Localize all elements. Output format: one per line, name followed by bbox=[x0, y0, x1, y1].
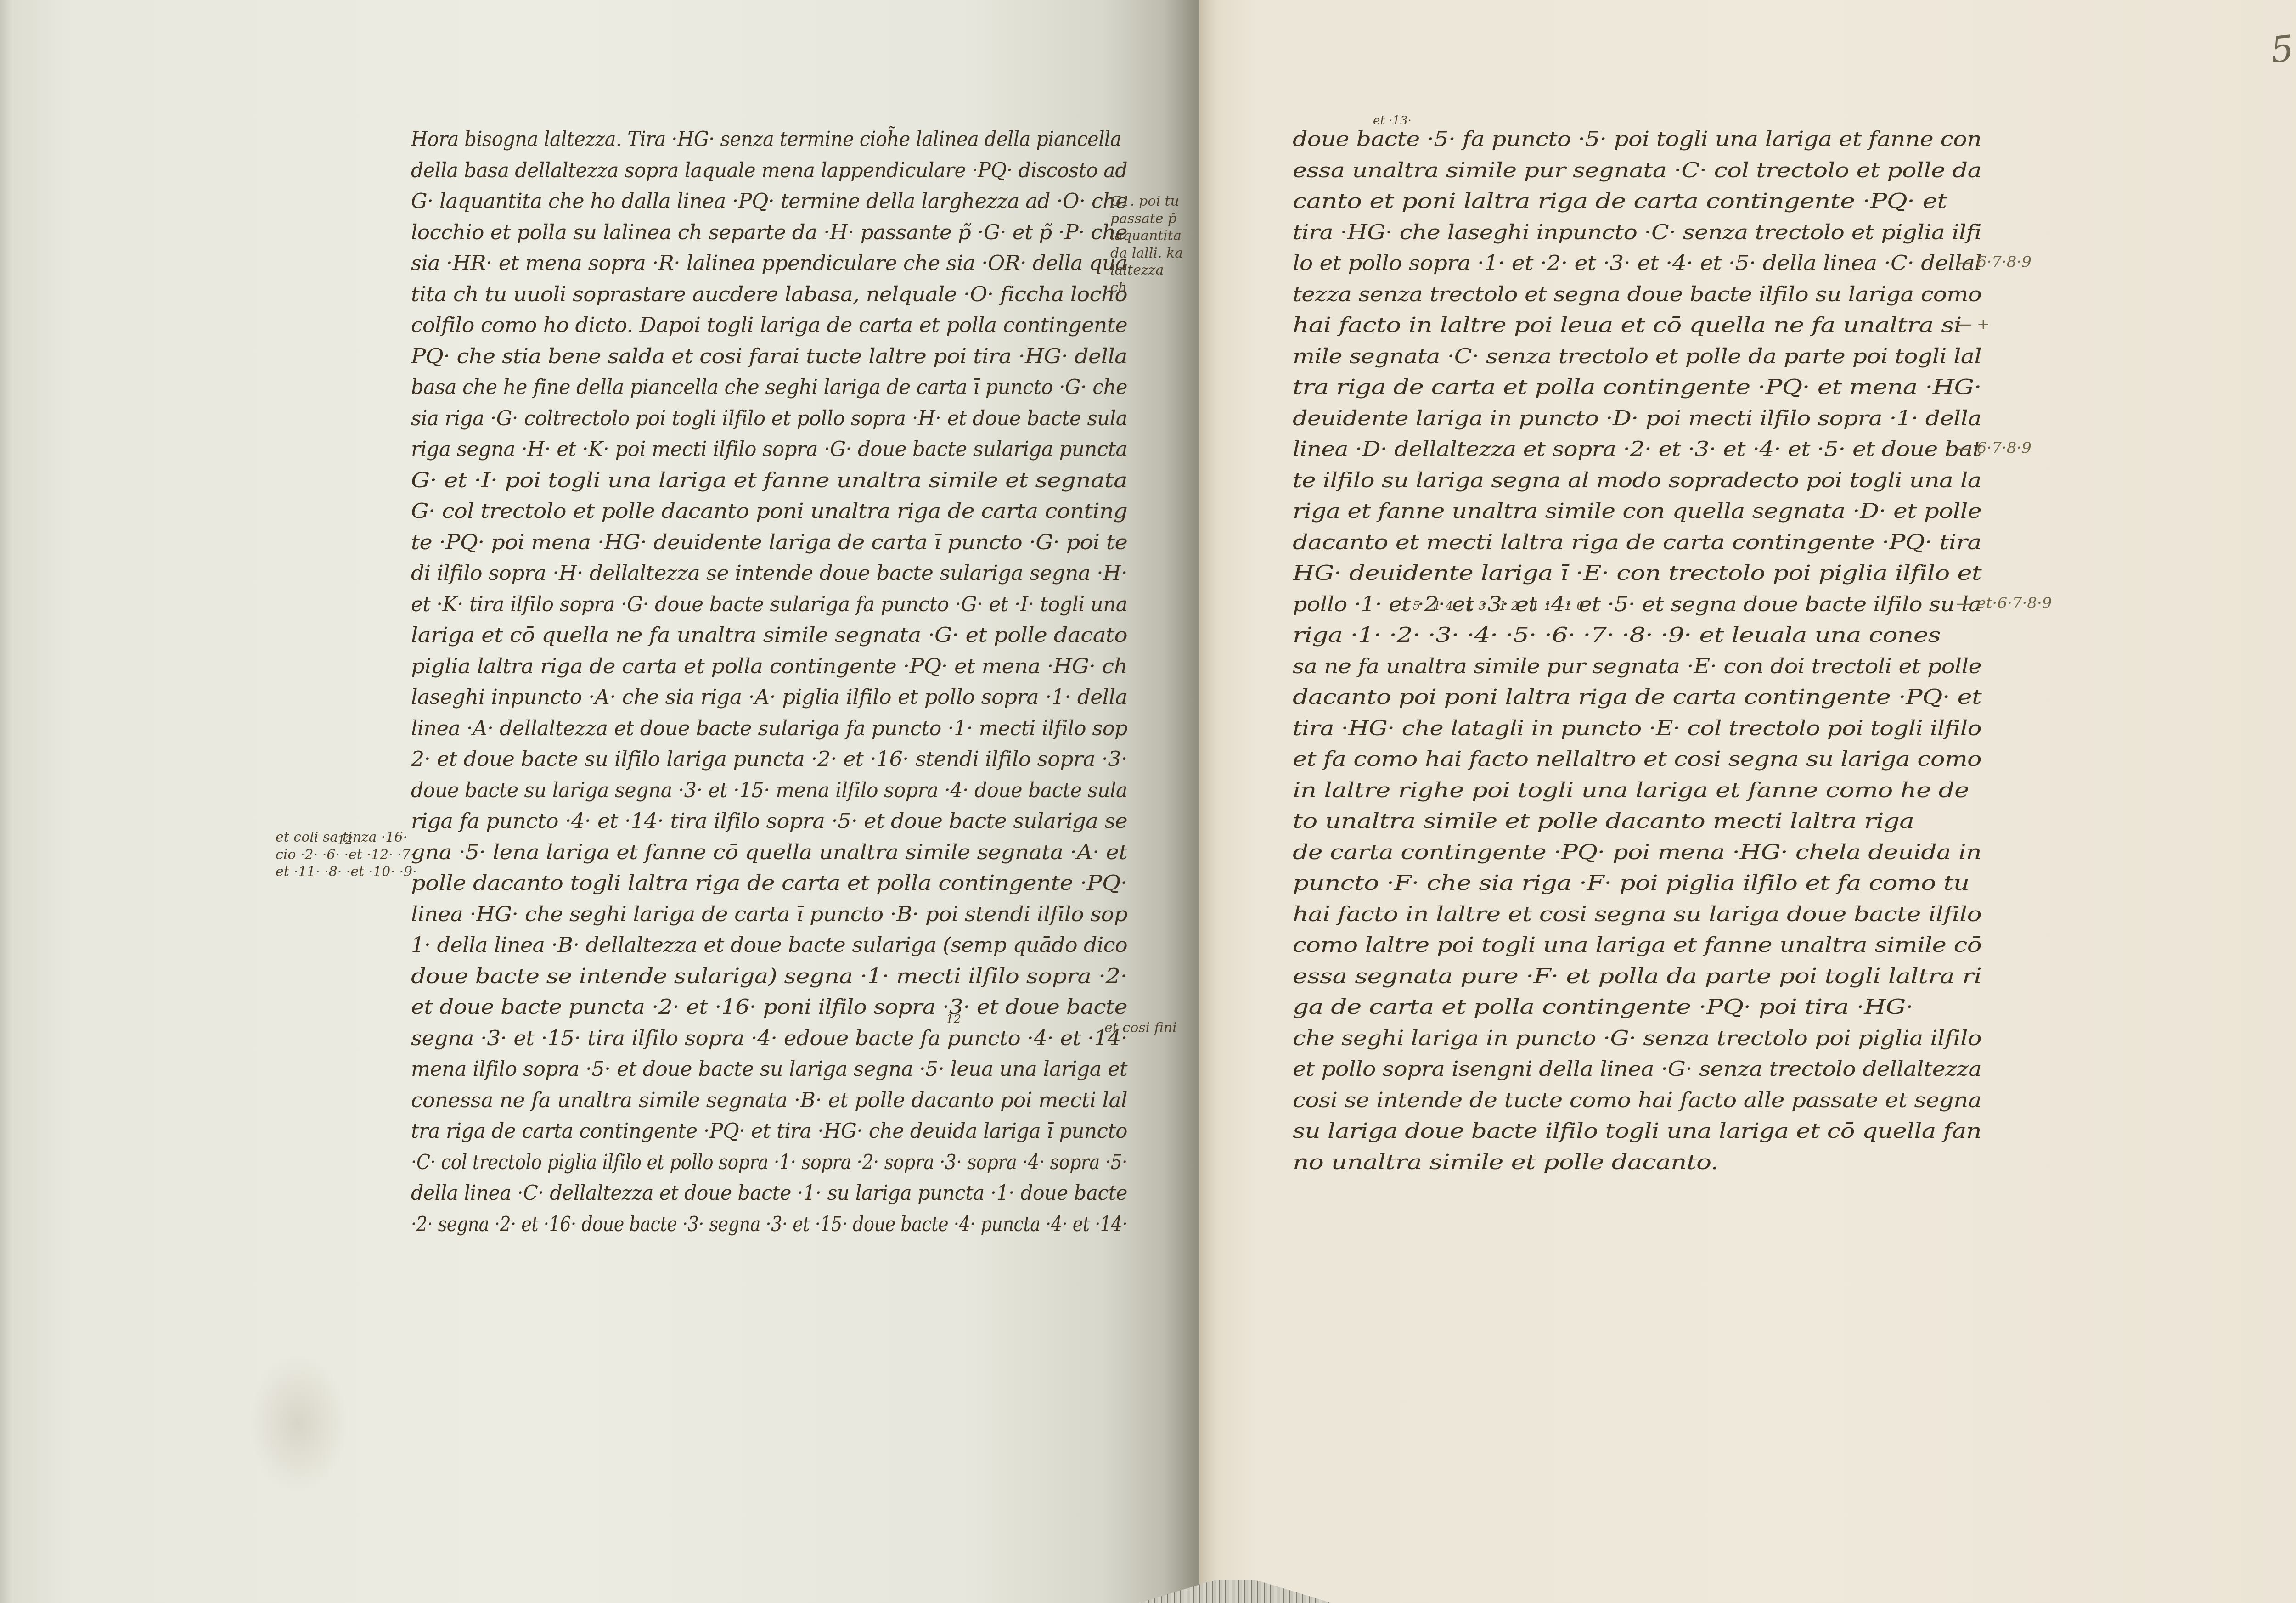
manuscript-line: te ilfilo su lariga segna al modo soprad… bbox=[1293, 465, 1991, 496]
right-marginal-note: — et·6·7·8·9 bbox=[1956, 594, 2052, 613]
manuscript-line: PQ· che stia bene salda et cosi farai tu… bbox=[411, 341, 1137, 372]
manuscript-line: tira ·HG· che latagli in puncto ·E· col … bbox=[1293, 713, 1991, 744]
line-superscript: 12 bbox=[946, 1012, 961, 1026]
manuscript-line: doue bacte se intende sulariga) segna ·1… bbox=[411, 961, 1137, 992]
manuscript-line: ·2· segna ·2· et ·16· doue bacte ·3· seg… bbox=[411, 1209, 1137, 1240]
marginal-note-line: cio ·2· ·6· ·et ·12· ·7· bbox=[276, 846, 427, 864]
manuscript-line: tra riga de carta et polla contingente ·… bbox=[1293, 372, 1991, 403]
manuscript-line: tra riga de carta contingente ·PQ· et ti… bbox=[411, 1116, 1137, 1147]
marginal-note-line: G1. poi tu bbox=[1110, 193, 1202, 210]
manuscript-line: gna ·5· lena lariga et fanne cō quella u… bbox=[411, 837, 1137, 868]
manuscript-line: piglia laltra riga de carta et polla con… bbox=[411, 651, 1137, 682]
marginal-superscript: 12 bbox=[338, 833, 353, 847]
manuscript-line: pollo ·1· et ·2· et ·3· et ·4· et ·5· et… bbox=[1293, 589, 1991, 620]
manuscript-line: sa ne fa unaltra simile pur segnata ·E· … bbox=[1293, 651, 1991, 682]
manuscript-line: te ·PQ· poi mena ·HG· deuidente lariga d… bbox=[411, 527, 1137, 558]
manuscript-line: tira ·HG· che laseghi inpuncto ·C· senza… bbox=[1293, 217, 1991, 248]
manuscript-line: ga de carta et polla contingente ·PQ· po… bbox=[1293, 992, 1991, 1023]
left-text-block: Hora bisogna laltezza. Tira ·HG· senza t… bbox=[411, 124, 1137, 1240]
manuscript-line: dacanto et mecti laltra riga de carta co… bbox=[1293, 527, 1991, 558]
manuscript-line: basa che he fine della piancella che seg… bbox=[411, 372, 1137, 403]
manuscript-line: no unaltra simile et polle dacanto. bbox=[1293, 1147, 1991, 1178]
manuscript-line: mena ilfilo sopra ·5· et doue bacte su l… bbox=[411, 1054, 1137, 1085]
manuscript-line: dacanto poi poni laltra riga de carta co… bbox=[1293, 682, 1991, 713]
paper-stain bbox=[248, 1355, 349, 1492]
manuscript-line: riga fa puncto ·4· et ·14· tira ilfilo s… bbox=[411, 806, 1137, 837]
right-line-superscript: 15 14 13 12 11 10 bbox=[1401, 599, 1589, 613]
manuscript-line: et doue bacte puncta ·2· et ·16· poni il… bbox=[411, 992, 1137, 1023]
manuscript-line: doue bacte su lariga segna ·3· et ·15· m… bbox=[411, 775, 1137, 806]
right-marginal-note: — 6·7·8·9 bbox=[1956, 253, 2032, 272]
manuscript-line: canto et poni laltra riga de carta conti… bbox=[1293, 186, 1991, 217]
manuscript-line: della basa dellaltezza sopra laquale men… bbox=[411, 155, 1137, 186]
gutter-marginal-note-2: et cosi fini bbox=[1104, 1019, 1177, 1037]
manuscript-line: su lariga doue bacte ilfilo togli una la… bbox=[1293, 1116, 1991, 1147]
manuscript-line: riga ·1· ·2· ·3· ·4· ·5· ·6· ·7· ·8· ·9·… bbox=[1293, 620, 1991, 651]
manuscript-line: essa unaltra simile pur segnata ·C· col … bbox=[1293, 155, 1991, 186]
folio-number: 56 bbox=[2269, 25, 2296, 72]
manuscript-line: 2· et doue bacte su ilfilo lariga puncta… bbox=[411, 744, 1137, 775]
manuscript-line: ·C· col trectolo piglia ilfilo et pollo … bbox=[411, 1147, 1137, 1178]
right-marginal-note: — 6·7·8·9 bbox=[1956, 439, 2032, 458]
manuscript-line: como laltre poi togli una lariga et fann… bbox=[1293, 930, 1991, 961]
manuscript-line: linea ·HG· che seghi lariga de carta ī p… bbox=[411, 899, 1137, 930]
manuscript-line: essa segnata pure ·F· et polla da parte … bbox=[1293, 961, 1991, 992]
manuscript-line: linea ·D· dellaltezza et sopra ·2· et ·3… bbox=[1293, 434, 1991, 465]
manuscript-line: et pollo sopra isengni della linea ·G· s… bbox=[1293, 1054, 1991, 1085]
manuscript-line: doue bacte ·5· fa puncto ·5· poi togli u… bbox=[1293, 124, 1991, 155]
manuscript-line: G· col trectolo et polle dacanto poni un… bbox=[411, 496, 1137, 527]
marginal-note-line: et ·11· ·8· ·et ·10· ·9· bbox=[276, 863, 427, 881]
marginal-note-line: da lalli. ka bbox=[1110, 245, 1202, 262]
manuscript-line: tita ch tu uuoli soprastare aucdere laba… bbox=[411, 279, 1137, 310]
manuscript-line: in laltre righe poi togli una lariga et … bbox=[1293, 775, 1991, 806]
manuscript-line: hai facto in laltre poi leua et cō quell… bbox=[1293, 310, 1991, 341]
left-page-edge bbox=[0, 0, 14, 1603]
manuscript-line: che seghi lariga in puncto ·G· senza tre… bbox=[1293, 1023, 1991, 1054]
manuscript-line: et fa como hai facto nellaltro et cosi s… bbox=[1293, 744, 1991, 775]
manuscript-line: puncto ·F· che sia riga ·F· poi piglia i… bbox=[1293, 868, 1991, 899]
right-marginal-note: — + bbox=[1956, 315, 1990, 334]
manuscript-line: et ·K· tira ilfilo sopra ·G· doue bacte … bbox=[411, 589, 1137, 620]
manuscript-line: G· et ·I· poi togli una lariga et fanne … bbox=[411, 465, 1137, 496]
manuscript-line: to unaltra simile et polle dacanto mecti… bbox=[1293, 806, 1991, 837]
manuscript-line: colfilo como ho dicto. Dapoi togli larig… bbox=[411, 310, 1137, 341]
manuscript-line: cosi se intende de tucte como hai facto … bbox=[1293, 1085, 1991, 1116]
marginal-note-line: laquantita bbox=[1110, 227, 1202, 245]
manuscript-line: polle dacanto togli laltra riga de carta… bbox=[411, 868, 1137, 899]
manuscript-line: lariga et cō quella ne fa unaltra simile… bbox=[411, 620, 1137, 651]
manuscript-line: riga segna ·H· et ·K· poi mecti ilfilo s… bbox=[411, 434, 1137, 465]
marginal-note-line: ch bbox=[1110, 279, 1202, 297]
manuscript-line: tezza senza trectolo et segna doue bacte… bbox=[1293, 279, 1991, 310]
manuscript-line: HG· deuidente lariga ī ·E· con trectolo … bbox=[1293, 558, 1991, 589]
manuscript-line: locchio et polla su lalinea ch separte d… bbox=[411, 217, 1137, 248]
manuscript-line: 1· della linea ·B· dellaltezza et doue b… bbox=[411, 930, 1137, 961]
manuscript-line: sia riga ·G· coltrectolo poi togli ilfil… bbox=[411, 403, 1137, 434]
manuscript-line: Hora bisogna laltezza. Tira ·HG· senza t… bbox=[411, 124, 1137, 155]
manuscript-line: laseghi inpuncto ·A· che sia riga ·A· pi… bbox=[411, 682, 1137, 713]
manuscript-line: lo et pollo sopra ·1· et ·2· et ·3· et ·… bbox=[1293, 248, 1991, 279]
manuscript-line: de carta contingente ·PQ· poi mena ·HG· … bbox=[1293, 837, 1991, 868]
gutter-marginal-note: G1. poi tupassate p̃laquantitada lalli. … bbox=[1110, 193, 1202, 296]
manuscript-line: sia ·HR· et mena sopra ·R· lalinea ppend… bbox=[411, 248, 1137, 279]
manuscript-line: mile segnata ·C· senza trectolo et polle… bbox=[1293, 341, 1991, 372]
manuscript-line: G· laquantita che ho dalla linea ·PQ· te… bbox=[411, 186, 1137, 217]
manuscript-line: di ilfilo sopra ·H· dellaltezza se inten… bbox=[411, 558, 1137, 589]
manuscript-line: linea ·A· dellaltezza et doue bacte sula… bbox=[411, 713, 1137, 744]
manuscript-line: deuidente lariga in puncto ·D· poi mecti… bbox=[1293, 403, 1991, 434]
marginal-note-line: laltezza bbox=[1110, 262, 1202, 279]
manuscript-line: segna ·3· et ·15· tira ilfilo sopra ·4· … bbox=[411, 1023, 1137, 1054]
manuscript-line: della linea ·C· dellaltezza et doue bact… bbox=[411, 1178, 1137, 1209]
manuscript-spread: 56 Hora bisogna laltezza. Tira ·HG· senz… bbox=[0, 0, 2296, 1603]
manuscript-line: hai facto in laltre et cosi segna su lar… bbox=[1293, 899, 1991, 930]
manuscript-line: riga et fanne unaltra simile con quella … bbox=[1293, 496, 1991, 527]
right-text-block: doue bacte ·5· fa puncto ·5· poi togli u… bbox=[1293, 124, 1991, 1178]
manuscript-line: conessa ne fa unaltra simile segnata ·B·… bbox=[411, 1085, 1137, 1116]
marginal-note-line: passate p̃ bbox=[1110, 210, 1202, 228]
